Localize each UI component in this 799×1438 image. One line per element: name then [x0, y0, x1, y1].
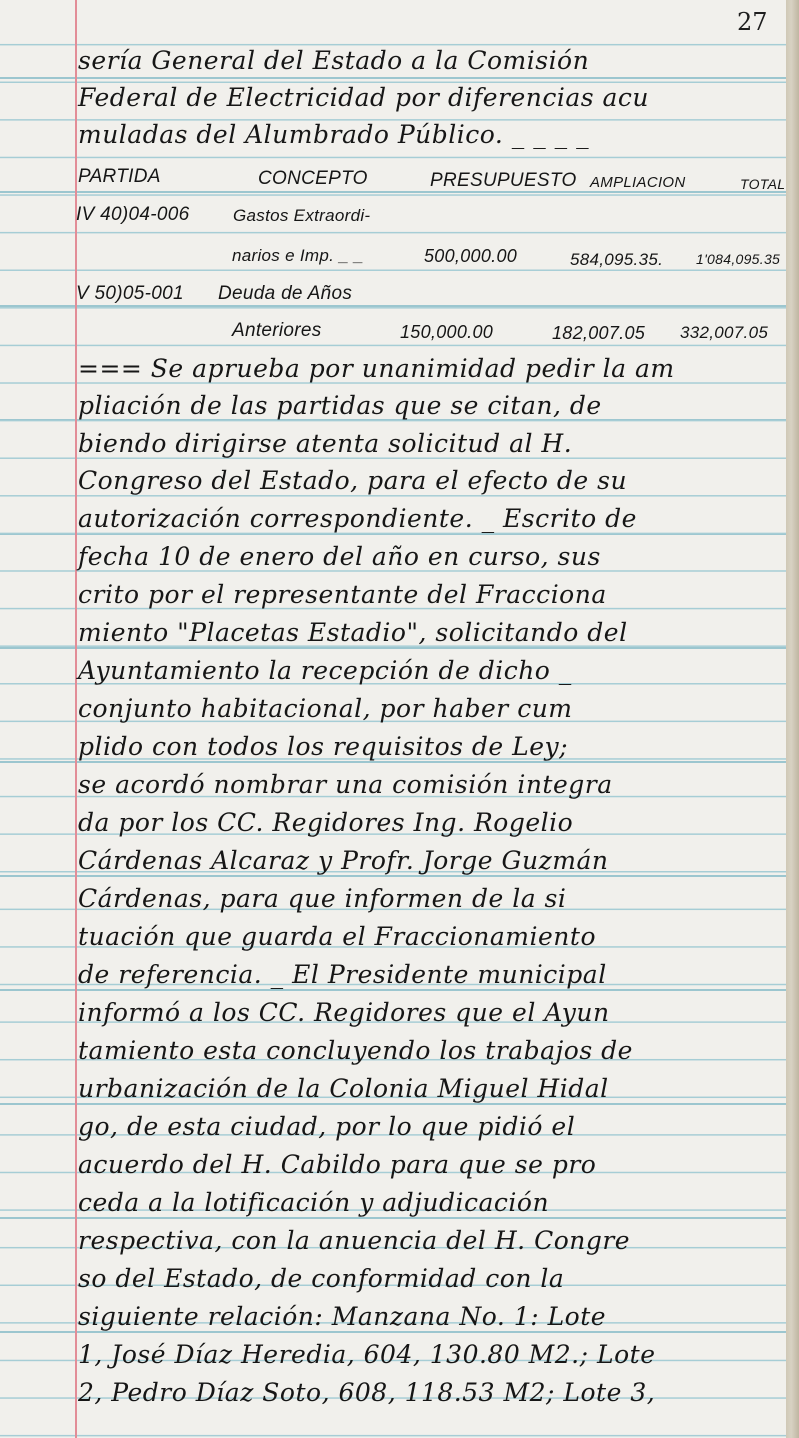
text-line: fecha 10 de enero del año en curso, sus — [78, 542, 788, 571]
text-line: respectiva, con la anuencia del H. Congr… — [78, 1226, 788, 1255]
text-line: tuación que guarda el Fraccionamiento — [78, 922, 788, 951]
text-line: da por los CC. Regidores Ing. Rogelio — [78, 808, 788, 837]
text-line: urbanización de la Colonia Miguel Hidal — [78, 1074, 788, 1103]
text-line: conjunto habitacional, por haber cum — [78, 694, 788, 723]
text-line: Federal de Electricidad por diferencias … — [78, 83, 788, 112]
text-line: ceda a la lotificación y adjudicación — [78, 1188, 788, 1217]
text-line: sería General del Estado a la Comisión — [78, 46, 788, 75]
row-concepto-1: Gastos Extraordi- — [233, 206, 799, 226]
text-line: siguiente relación: Manzana No. 1: Lote — [78, 1302, 788, 1331]
text-line: tamiento esta concluyendo los trabajos d… — [78, 1036, 788, 1065]
page-number: 27 — [737, 8, 768, 36]
text-line: miento "Placetas Estadio", solicitando d… — [78, 618, 788, 647]
text-line: Congreso del Estado, para el efecto de s… — [78, 466, 788, 495]
header-total: TOTAL — [740, 176, 799, 192]
text-line: === Se aprueba por unanimidad pedir la a… — [78, 354, 788, 383]
text-line: muladas del Alumbrado Público. _ _ _ _ — [78, 120, 788, 149]
row-total: 332,007.05 — [680, 323, 799, 343]
text-line: se acordó nombrar una comisión integra — [78, 770, 788, 799]
row-concepto-1: Deuda de Años — [218, 283, 799, 305]
text-line: acuerdo del H. Cabildo para que se pro — [78, 1150, 788, 1179]
text-line: Cárdenas, para que informen de la si — [78, 884, 788, 913]
text-line: autorización correspondiente. _ Escrito … — [78, 504, 788, 533]
text-line: go, de esta ciudad, por lo que pidió el — [78, 1112, 788, 1141]
text-line: Ayuntamiento la recepción de dicho _ — [78, 656, 788, 685]
text-line: plido con todos los requisitos de Ley; — [78, 732, 788, 761]
text-line: Cárdenas Alcaraz y Profr. Jorge Guzmán — [78, 846, 788, 875]
text-line: biendo dirigirse atenta solicitud al H. — [78, 429, 788, 458]
text-line: de referencia. _ El Presidente municipal — [78, 960, 788, 989]
text-line: crito por el representante del Fracciona — [78, 580, 788, 609]
text-line: so del Estado, de conformidad con la — [78, 1264, 788, 1293]
text-line: informó a los CC. Regidores que el Ayun — [78, 998, 788, 1027]
text-line: 1, José Díaz Heredia, 604, 130.80 M2.; L… — [78, 1340, 788, 1369]
text-line: 2, Pedro Díaz Soto, 608, 118.53 M2; Lote… — [78, 1378, 788, 1407]
text-line: pliación de las partidas que se citan, d… — [78, 391, 788, 420]
row-total: 1'084,095.35 — [696, 251, 799, 267]
